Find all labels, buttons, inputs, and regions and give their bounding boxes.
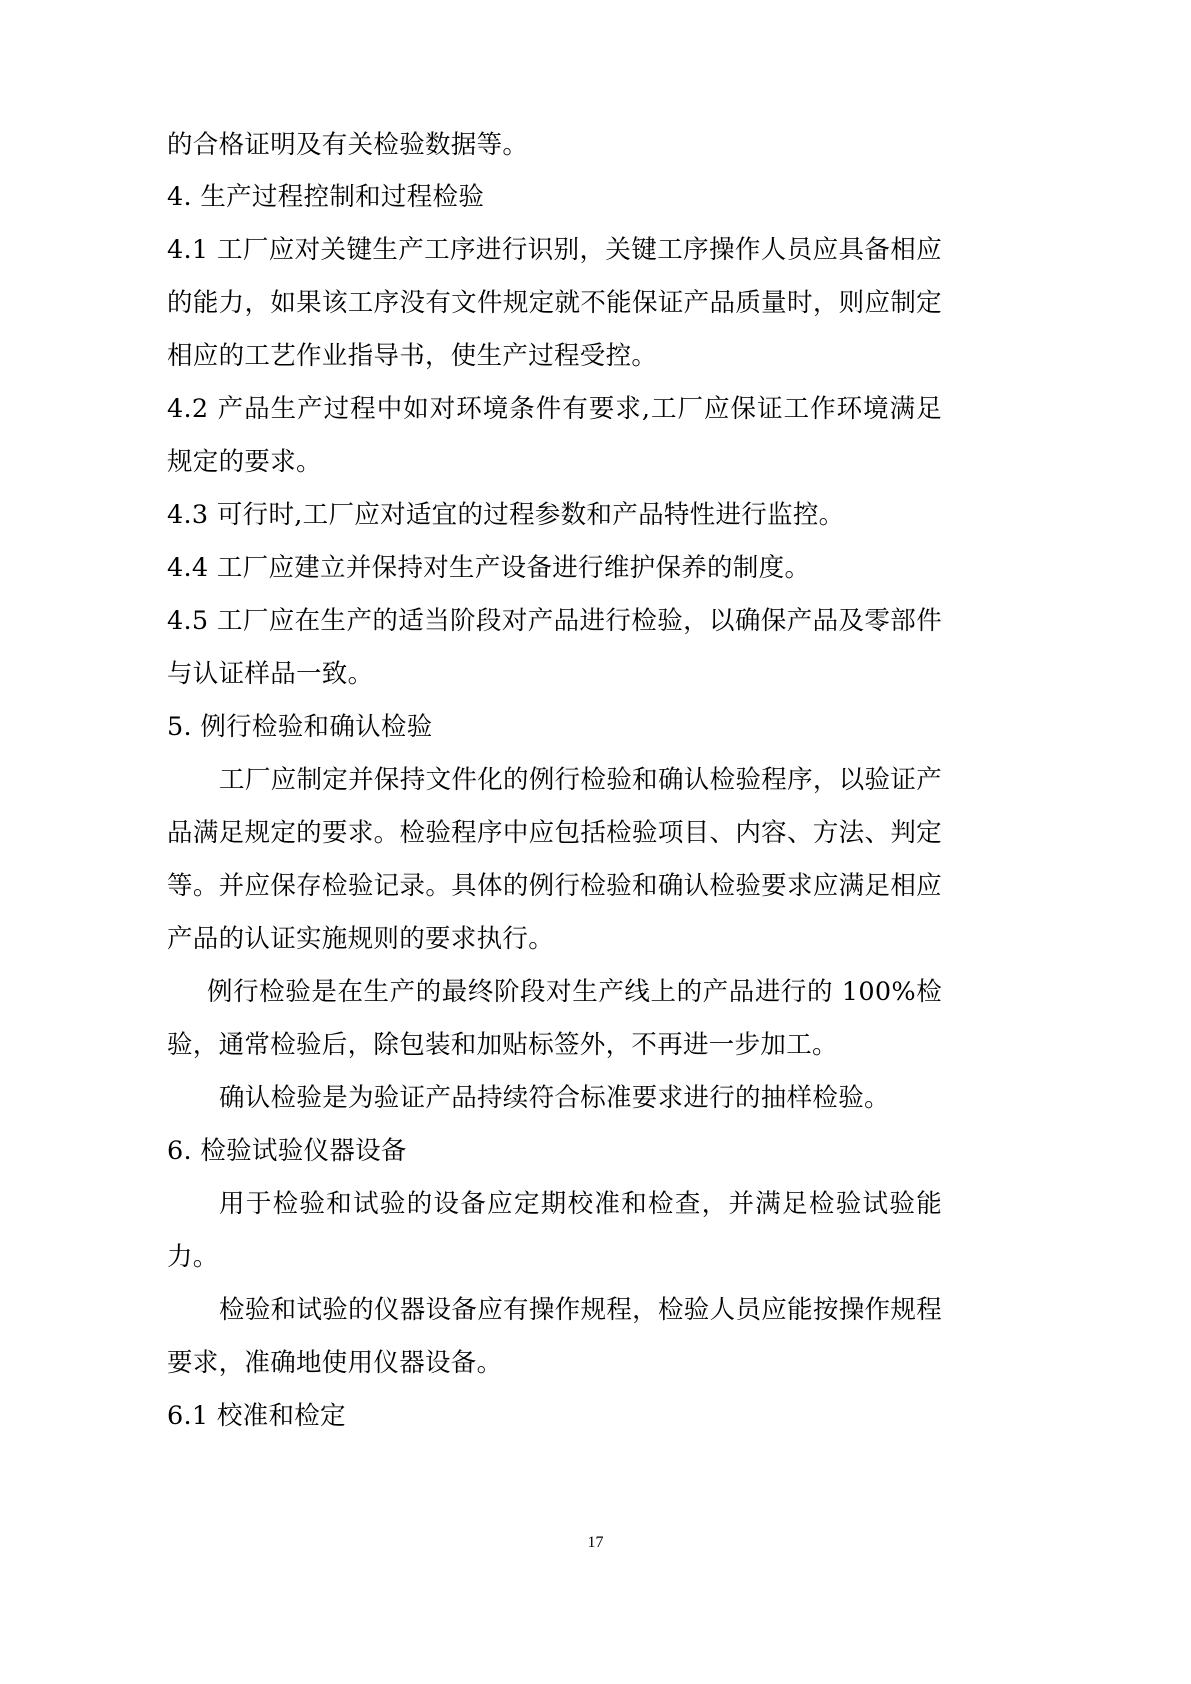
- text-line: 规定的要求。: [167, 442, 322, 482]
- text-line: 6. 检验试验仪器设备: [167, 1131, 407, 1171]
- text-line: 确认检验是为验证产品持续符合标准要求进行的抽样检验。: [167, 1078, 890, 1118]
- text-line: 与认证样品一致。: [167, 654, 373, 694]
- text-line: 4.4 工厂应建立并保持对生产设备进行维护保养的制度。: [167, 548, 810, 588]
- text-line: 检验和试验的仪器设备应有操作规程，检验人员应能按操作规程: [167, 1290, 942, 1330]
- text-line: 品满足规定的要求。检验程序中应包括检验项目、内容、方法、判定: [167, 813, 942, 853]
- text-line: 相应的工艺作业指导书，使生产过程受控。: [167, 336, 657, 376]
- text-line: 的能力，如果该工序没有文件规定就不能保证产品质量时，则应制定: [167, 283, 942, 323]
- text-line: 验，通常检验后，除包装和加贴标签外，不再进一步加工。: [167, 1025, 838, 1065]
- text-line: 5. 例行检验和确认检验: [167, 707, 433, 747]
- text-line: 例行检验是在生产的最终阶段对生产线上的产品进行的 100%检: [167, 972, 942, 1012]
- text-line: 的合格证明及有关检验数据等。: [167, 125, 528, 165]
- text-line: 6.1 校准和检定: [167, 1396, 346, 1436]
- text-line: 4.2 产品生产过程中如对环境条件有要求,工厂应保证工作环境满足: [167, 389, 942, 429]
- text-line: 力。: [167, 1237, 219, 1277]
- text-line: 用于检验和试验的设备应定期校准和检查，并满足检验试验能: [167, 1184, 942, 1224]
- text-line: 4.5 工厂应在生产的适当阶段对产品进行检验，以确保产品及零部件: [167, 601, 942, 641]
- text-line: 4. 生产过程控制和过程检验: [167, 177, 484, 217]
- text-line: 要求，准确地使用仪器设备。: [167, 1343, 502, 1383]
- text-line: 等。并应保存检验记录。具体的例行检验和确认检验要求应满足相应: [167, 866, 942, 906]
- text-line: 4.3 可行时,工厂应对适宜的过程参数和产品特性进行监控。: [167, 495, 844, 535]
- text-line: 产品的认证实施规则的要求执行。: [167, 919, 554, 959]
- text-line: 4.1 工厂应对关键生产工序进行识别，关键工序操作人员应具备相应: [167, 230, 942, 270]
- text-line: 工厂应制定并保持文件化的例行检验和确认检验程序，以验证产: [167, 760, 942, 800]
- page-number: 17: [0, 1532, 1191, 1554]
